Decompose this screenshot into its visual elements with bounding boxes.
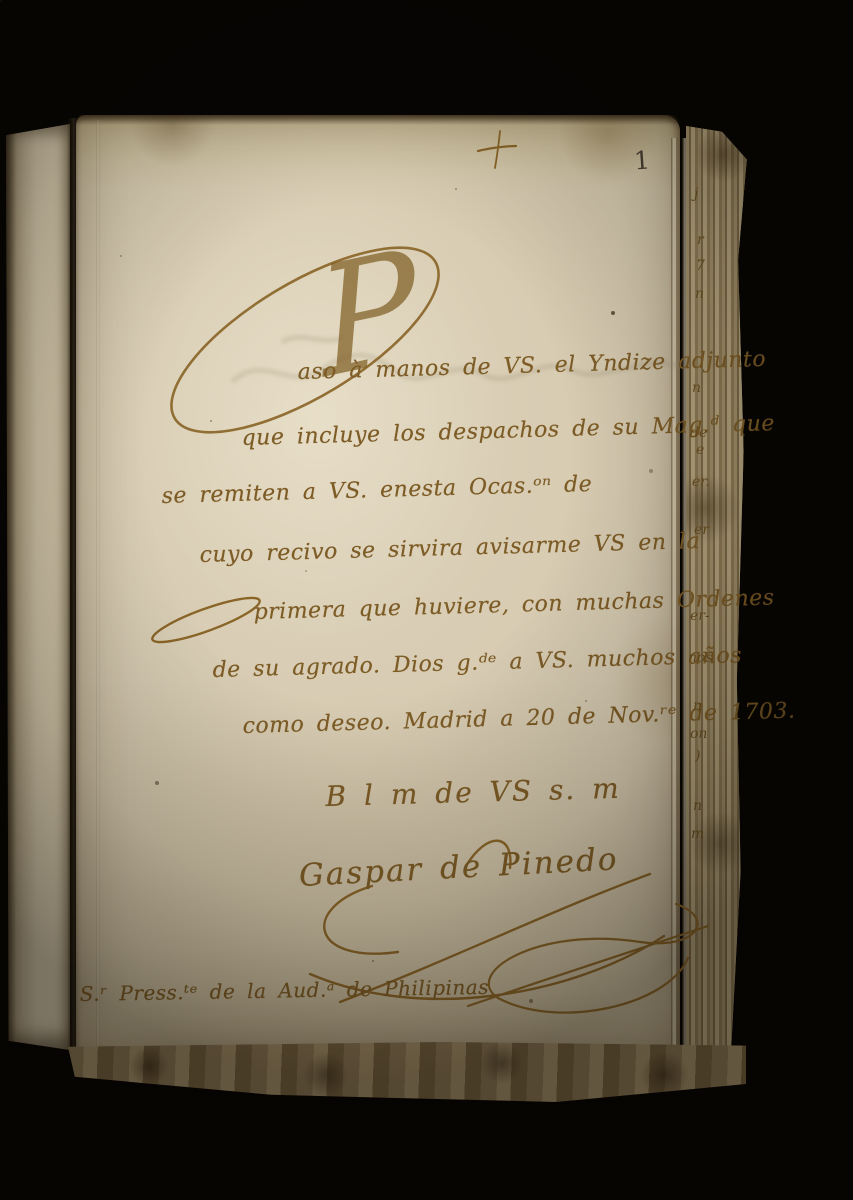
fore-edge-fragment: e	[696, 442, 704, 458]
fore-edge-fragment: n	[695, 286, 704, 302]
fold-crease	[96, 120, 100, 1050]
line-lead-flourish	[146, 594, 266, 646]
fore-edge-fragment: er.	[692, 474, 710, 490]
invocation-cross-icon	[474, 128, 520, 172]
fore-edge-fragment: m	[691, 826, 704, 842]
manuscript-photo: 1 P aso à manos de VS. el Yndize adjunto…	[0, 0, 853, 1200]
facing-page-edge	[6, 124, 70, 1050]
fore-edge-fragment: de	[690, 425, 707, 441]
fore-edge-fragment: n	[693, 798, 702, 814]
folio-number: 1	[633, 145, 651, 175]
book-bottom-edge	[68, 1042, 746, 1102]
ink-specks	[0, 0, 2, 2]
fore-edge-fragment: 7	[696, 258, 705, 274]
fore-edge-fragment: n	[692, 380, 701, 396]
fore-edge-fragment: n	[693, 698, 702, 714]
signature-rubric	[440, 888, 730, 1028]
fore-edge-fragment: r	[697, 232, 704, 248]
fore-edge-fragment: on	[690, 726, 707, 742]
fore-edge-fragment: nos	[688, 650, 713, 666]
fore-edge-fragment: )	[695, 748, 700, 764]
fore-edge-fragment: j	[694, 186, 698, 202]
fore-edge-fragment: er	[694, 522, 709, 538]
fore-edge-fragment: er-	[690, 608, 710, 624]
